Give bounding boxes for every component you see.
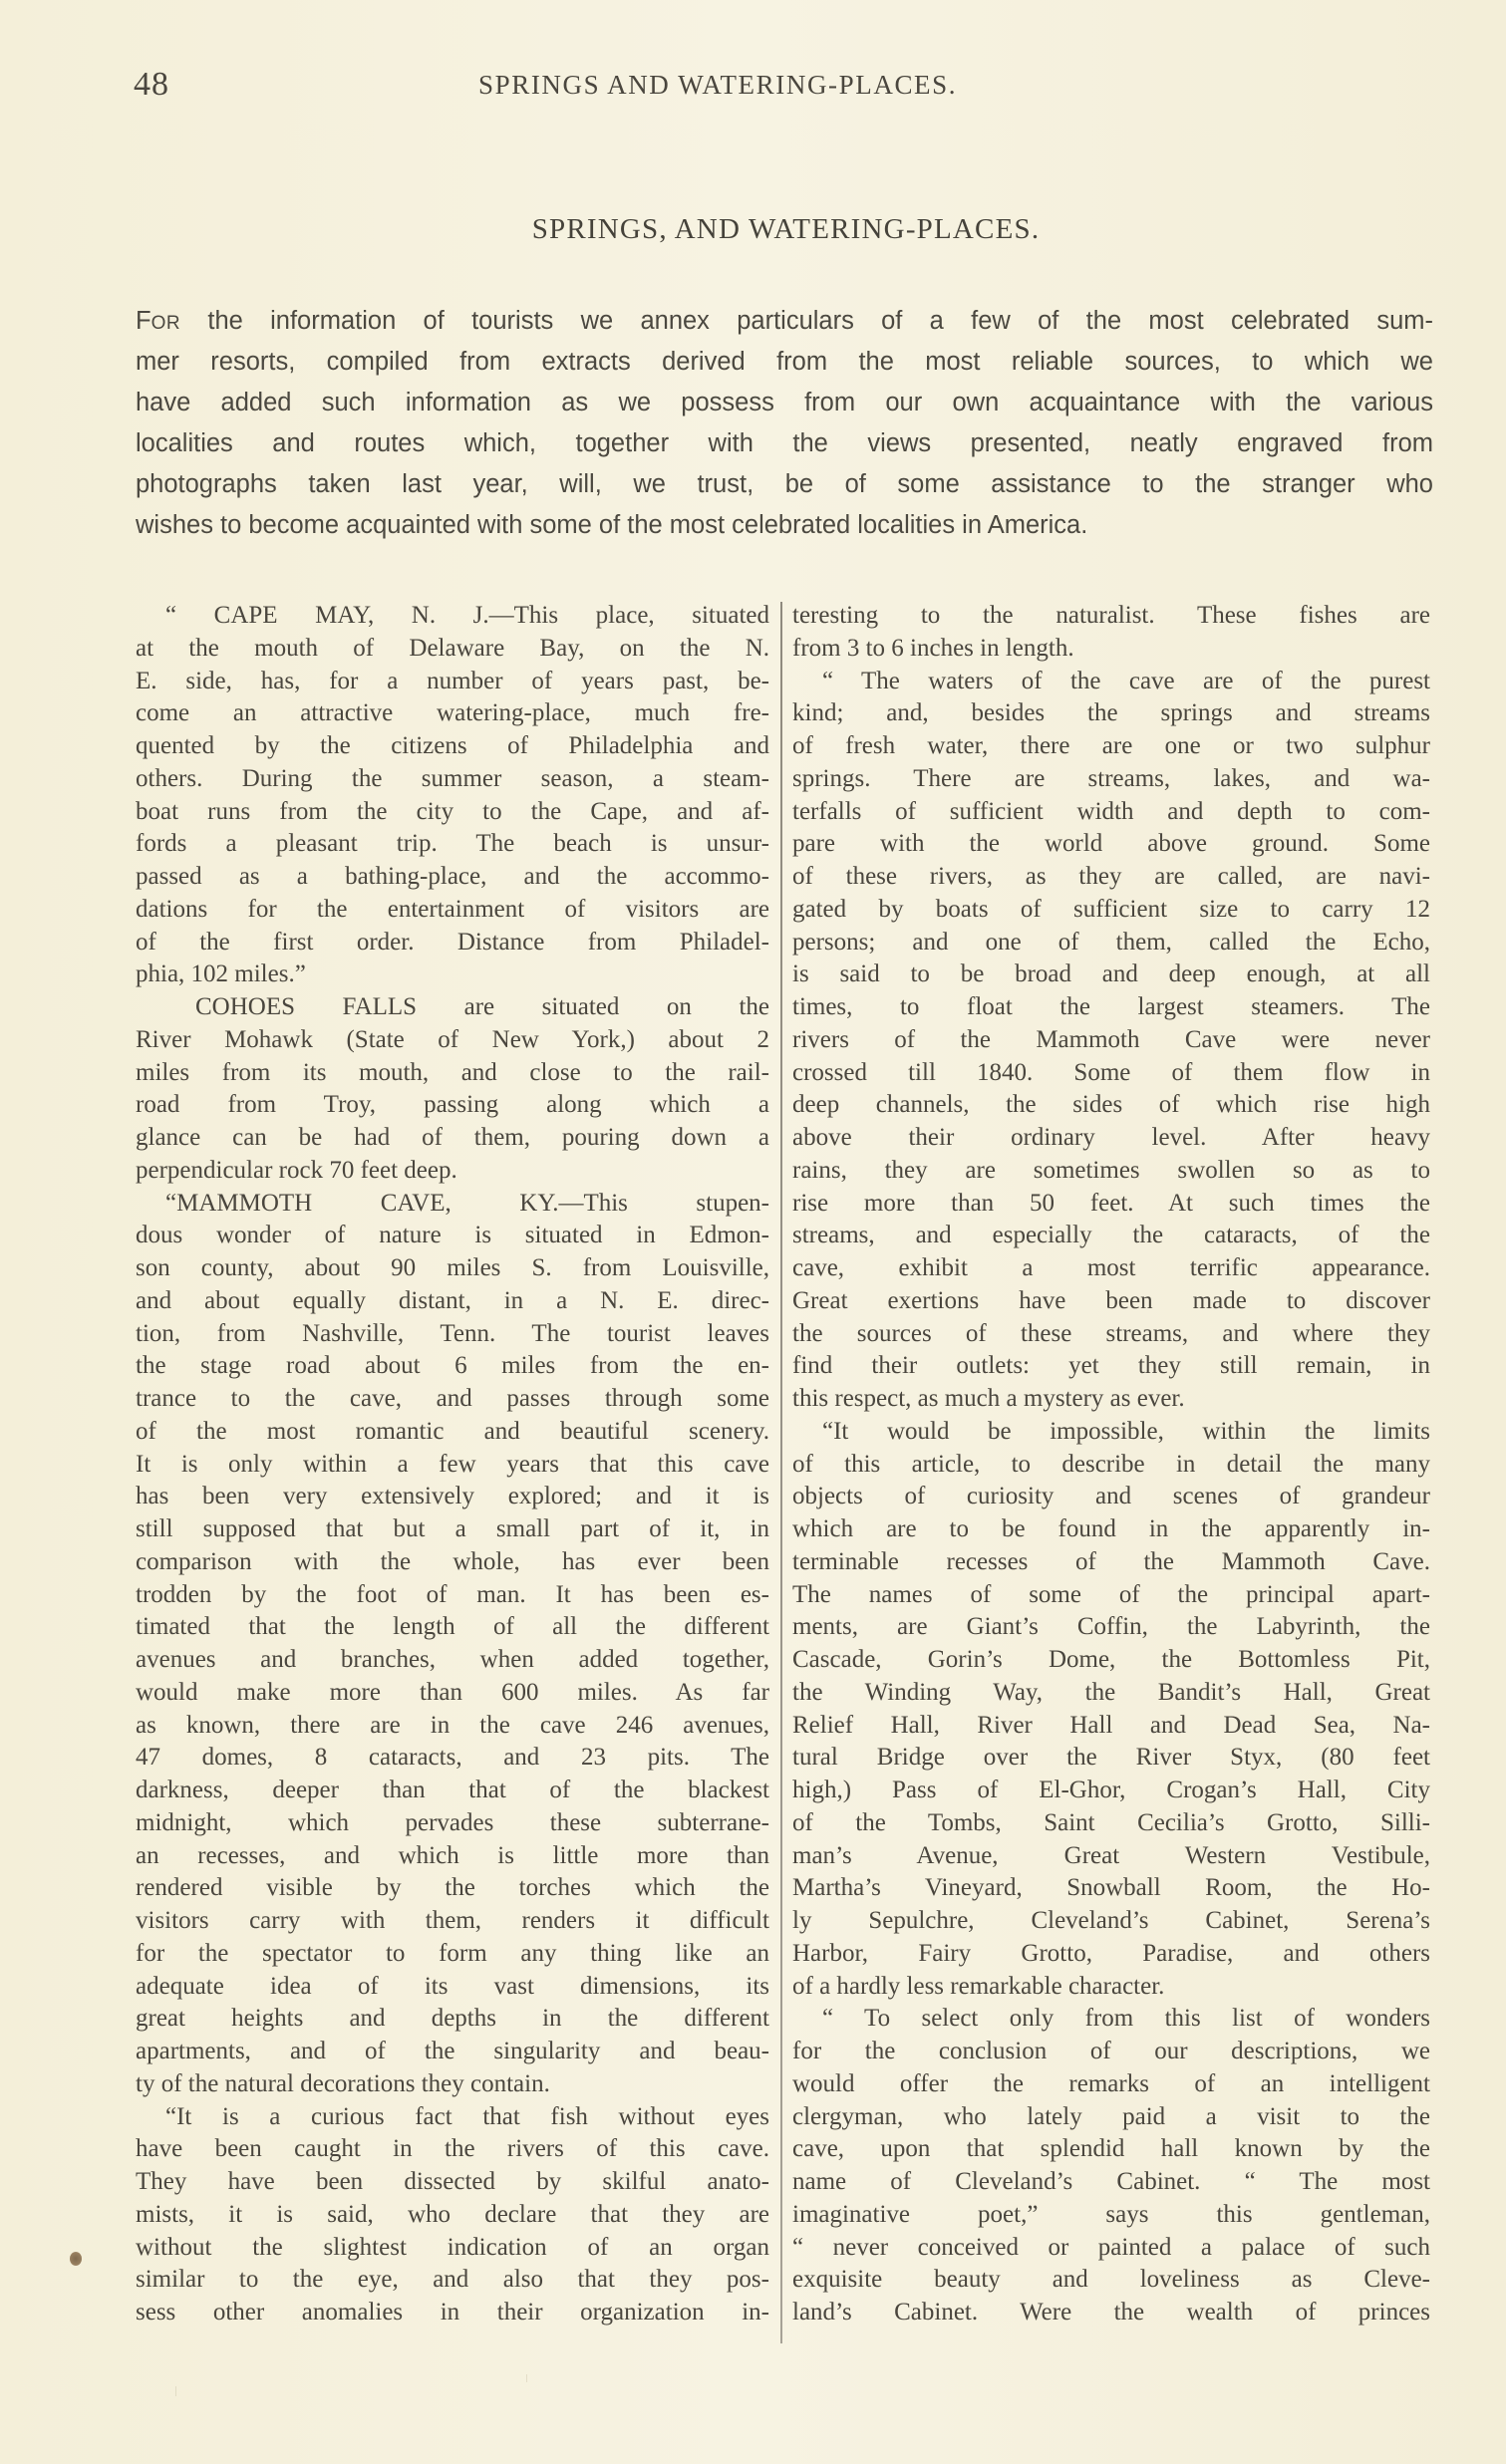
- text-line: Great exertions have been made to discov…: [792, 1285, 1430, 1318]
- text-line: miles from its mouth, and close to the r…: [136, 1057, 769, 1090]
- intro-paragraph: FOR the information of tourists we annex…: [136, 301, 1433, 546]
- text-line: apartments, and of the singularity and b…: [136, 2036, 769, 2068]
- text-line: adequate idea of its vast dimensions, it…: [136, 1971, 769, 2004]
- text-line: quented by the citizens of Philadelphia …: [136, 730, 769, 763]
- text-line: ments, are Giant’s Coffin, the Labyrinth…: [792, 1611, 1430, 1644]
- intro-line: FOR the information of tourists we annex…: [136, 301, 1433, 342]
- text-line: of the Tombs, Saint Cecilia’s Grotto, Si…: [792, 1807, 1430, 1840]
- article-title: SPRINGS, AND WATERING-PLACES.: [0, 213, 1506, 246]
- text-line: boat runs from the city to the Cape, and…: [136, 796, 769, 829]
- text-line: rendered visible by the torches which th…: [136, 1872, 769, 1905]
- ink-spot-blemish: [70, 2252, 82, 2266]
- text-line: rivers of the Mammoth Cave were never: [792, 1024, 1430, 1057]
- text-line: Harbor, Fairy Grotto, Paradise, and othe…: [792, 1938, 1430, 1971]
- page-number: 48: [134, 66, 169, 104]
- intro-line-text: the information of tourists we annex par…: [180, 307, 1433, 335]
- text-line: of a hardly less remarkable character.: [792, 1971, 1430, 2004]
- running-title: SPRINGS AND WATERING-PLACES.: [478, 70, 957, 101]
- intro-line: wishes to become acquainted with some of…: [136, 505, 1433, 546]
- column-divider: [780, 602, 782, 2343]
- text-line: an recesses, and which is little more th…: [136, 1840, 769, 1873]
- text-line: kind; and, besides the springs and strea…: [792, 697, 1430, 730]
- text-line: the Winding Way, the Bandit’s Hall, Grea…: [792, 1677, 1430, 1710]
- text-line: has been very extensively explored; and …: [136, 1481, 769, 1513]
- text-line: E. side, has, for a number of years past…: [136, 666, 769, 698]
- text-line: at the mouth of Delaware Bay, on the N.: [136, 633, 769, 666]
- text-line: mists, it is said, who declare that they…: [136, 2199, 769, 2232]
- text-line: come an attractive watering-place, much …: [136, 697, 769, 730]
- text-line: River Mohawk (State of New York,) about …: [136, 1024, 769, 1057]
- text-line: persons; and one of them, called the Ech…: [792, 927, 1430, 959]
- text-line: exquisite beauty and loveliness as Cleve…: [792, 2264, 1430, 2297]
- intro-line: photographs taken last year, will, we tr…: [136, 464, 1433, 505]
- text-line: of fresh water, there are one or two sul…: [792, 730, 1430, 763]
- text-line: avenues and branches, when added togethe…: [136, 1644, 769, 1677]
- text-line: Relief Hall, River Hall and Dead Sea, Na…: [792, 1710, 1430, 1743]
- text-line: “ The waters of the cave are of the pure…: [792, 666, 1430, 698]
- small-caps-first-letter: F: [136, 307, 151, 335]
- text-line: for the conclusion of our descriptions, …: [792, 2036, 1430, 2068]
- text-line: would make more than 600 miles. As far: [136, 1677, 769, 1710]
- text-line: is said to be broad and deep enough, at …: [792, 958, 1430, 991]
- text-line: without the slightest indication of an o…: [136, 2232, 769, 2265]
- left-column: “ CAPE MAY, N. J.—This place, situatedat…: [136, 600, 769, 2329]
- text-line: ty of the natural decorations they conta…: [136, 2068, 769, 2101]
- text-line: of these rivers, as they are called, are…: [792, 861, 1430, 894]
- text-line: perpendicular rock 70 feet deep.: [136, 1155, 769, 1188]
- running-head: 48 SPRINGS AND WATERING-PLACES.: [134, 66, 1130, 106]
- text-line: of this article, to describe in detail t…: [792, 1449, 1430, 1482]
- text-line: “It would be impossible, within the limi…: [792, 1416, 1430, 1449]
- text-line: times, to float the largest steamers. Th…: [792, 991, 1430, 1024]
- text-line: man’s Avenue, Great Western Vestibule,: [792, 1840, 1430, 1873]
- text-line: “ To select only from this list of wonde…: [792, 2003, 1430, 2036]
- paper-fiber-mark: [175, 2386, 176, 2396]
- text-line: cave, exhibit a most terrific appearance…: [792, 1252, 1430, 1285]
- text-line: which are to be found in the apparently …: [792, 1513, 1430, 1546]
- text-line: Cascade, Gorin’s Dome, the Bottomless Pi…: [792, 1644, 1430, 1677]
- text-line: of the first order. Distance from Philad…: [136, 927, 769, 959]
- text-line: timated that the length of all the diffe…: [136, 1611, 769, 1644]
- text-line: tural Bridge over the River Styx, (80 fe…: [792, 1742, 1430, 1775]
- text-line: fords a pleasant trip. The beach is unsu…: [136, 828, 769, 861]
- text-line: the stage road about 6 miles from the en…: [136, 1350, 769, 1383]
- text-line: tion, from Nashville, Tenn. The tourist …: [136, 1318, 769, 1351]
- text-line: the sources of these streams, and where …: [792, 1318, 1430, 1351]
- text-line: “MAMMOTH CAVE, KY.—This stupen-: [136, 1188, 769, 1221]
- right-column: teresting to the naturalist. These fishe…: [792, 600, 1430, 2329]
- text-line: teresting to the naturalist. These fishe…: [792, 600, 1430, 633]
- text-line: great heights and depths in the differen…: [136, 2003, 769, 2036]
- text-line: springs. There are streams, lakes, and w…: [792, 763, 1430, 796]
- text-line: trodden by the foot of man. It has been …: [136, 1579, 769, 1612]
- text-line: others. During the summer season, a stea…: [136, 763, 769, 796]
- text-line: crossed till 1840. Some of them flow in: [792, 1057, 1430, 1090]
- text-line: similar to the eye, and also that they p…: [136, 2264, 769, 2297]
- text-line: imaginative poet,” says this gentleman,: [792, 2199, 1430, 2232]
- text-line: land’s Cabinet. Were the wealth of princ…: [792, 2297, 1430, 2329]
- text-line: name of Cleveland’s Cabinet. “ The most: [792, 2166, 1430, 2199]
- text-line: road from Troy, passing along which a: [136, 1089, 769, 1122]
- text-line: high,) Pass of El-Ghor, Crogan’s Hall, C…: [792, 1775, 1430, 1807]
- text-line: rise more than 50 feet. At such times th…: [792, 1188, 1430, 1221]
- text-line: this respect, as much a mystery as ever.: [792, 1383, 1430, 1416]
- text-line: and about equally distant, in a N. E. di…: [136, 1285, 769, 1318]
- text-line: dations for the entertainment of visitor…: [136, 894, 769, 927]
- text-line: Martha’s Vineyard, Snowball Room, the Ho…: [792, 1872, 1430, 1905]
- text-line: as known, there are in the cave 246 aven…: [136, 1710, 769, 1743]
- text-line: deep channels, the sides of which rise h…: [792, 1089, 1430, 1122]
- text-line: find their outlets: yet they still remai…: [792, 1350, 1430, 1383]
- text-line: “It is a curious fact that fish without …: [136, 2101, 769, 2134]
- text-line: terfalls of sufficient width and depth t…: [792, 796, 1430, 829]
- text-line: still supposed that but a small part of …: [136, 1513, 769, 1546]
- text-line: cave, upon that splendid hall known by t…: [792, 2133, 1430, 2166]
- text-line: son county, about 90 miles S. from Louis…: [136, 1252, 769, 1285]
- text-line: gated by boats of sufficient size to car…: [792, 894, 1430, 927]
- text-line: clergyman, who lately paid a visit to th…: [792, 2101, 1430, 2134]
- text-line: phia, 102 miles.”: [136, 958, 769, 991]
- text-line: “ never conceived or painted a palace of…: [792, 2232, 1430, 2265]
- small-caps-rest: OR: [151, 313, 181, 334]
- text-line: of the most romantic and beautiful scene…: [136, 1416, 769, 1449]
- text-line: “ CAPE MAY, N. J.—This place, situated: [136, 600, 769, 633]
- intro-line: mer resorts, compiled from extracts deri…: [136, 342, 1433, 383]
- text-line: midnight, which pervades these subterran…: [136, 1807, 769, 1840]
- text-line: They have been dissected by skilful anat…: [136, 2166, 769, 2199]
- text-line: visitors carry with them, renders it dif…: [136, 1905, 769, 1938]
- text-line: comparison with the whole, has ever been: [136, 1546, 769, 1579]
- text-line: rains, they are sometimes swollen so as …: [792, 1155, 1430, 1188]
- text-line: have been caught in the rivers of this c…: [136, 2133, 769, 2166]
- text-line: 47 domes, 8 cataracts, and 23 pits. The: [136, 1742, 769, 1775]
- intro-line: have added such information as we posses…: [136, 383, 1433, 423]
- text-line: ly Sepulchre, Cleveland’s Cabinet, Seren…: [792, 1905, 1430, 1938]
- text-line: It is only within a few years that this …: [136, 1449, 769, 1482]
- text-line: streams, and especially the cataracts, o…: [792, 1220, 1430, 1252]
- text-line: COHOES FALLS are situated on the: [136, 991, 769, 1024]
- intro-line: localities and routes which, together wi…: [136, 423, 1433, 464]
- text-line: passed as a bathing-place, and the accom…: [136, 861, 769, 894]
- text-line: pare with the world above ground. Some: [792, 828, 1430, 861]
- text-line: The names of some of the principal apart…: [792, 1579, 1430, 1612]
- text-line: terminable recesses of the Mammoth Cave.: [792, 1546, 1430, 1579]
- text-line: for the spectator to form any thing like…: [136, 1938, 769, 1971]
- text-line: glance can be had of them, pouring down …: [136, 1122, 769, 1155]
- text-line: dous wonder of nature is situated in Edm…: [136, 1220, 769, 1252]
- text-line: trance to the cave, and passes through s…: [136, 1383, 769, 1416]
- text-line: would offer the remarks of an intelligen…: [792, 2068, 1430, 2101]
- paper-fiber-mark: [526, 2374, 527, 2382]
- text-line: objects of curiosity and scenes of grand…: [792, 1481, 1430, 1513]
- text-line: from 3 to 6 inches in length.: [792, 633, 1430, 666]
- text-line: darkness, deeper than that of the blacke…: [136, 1775, 769, 1807]
- text-line: above their ordinary level. After heavy: [792, 1122, 1430, 1155]
- text-line: sess other anomalies in their organizati…: [136, 2297, 769, 2329]
